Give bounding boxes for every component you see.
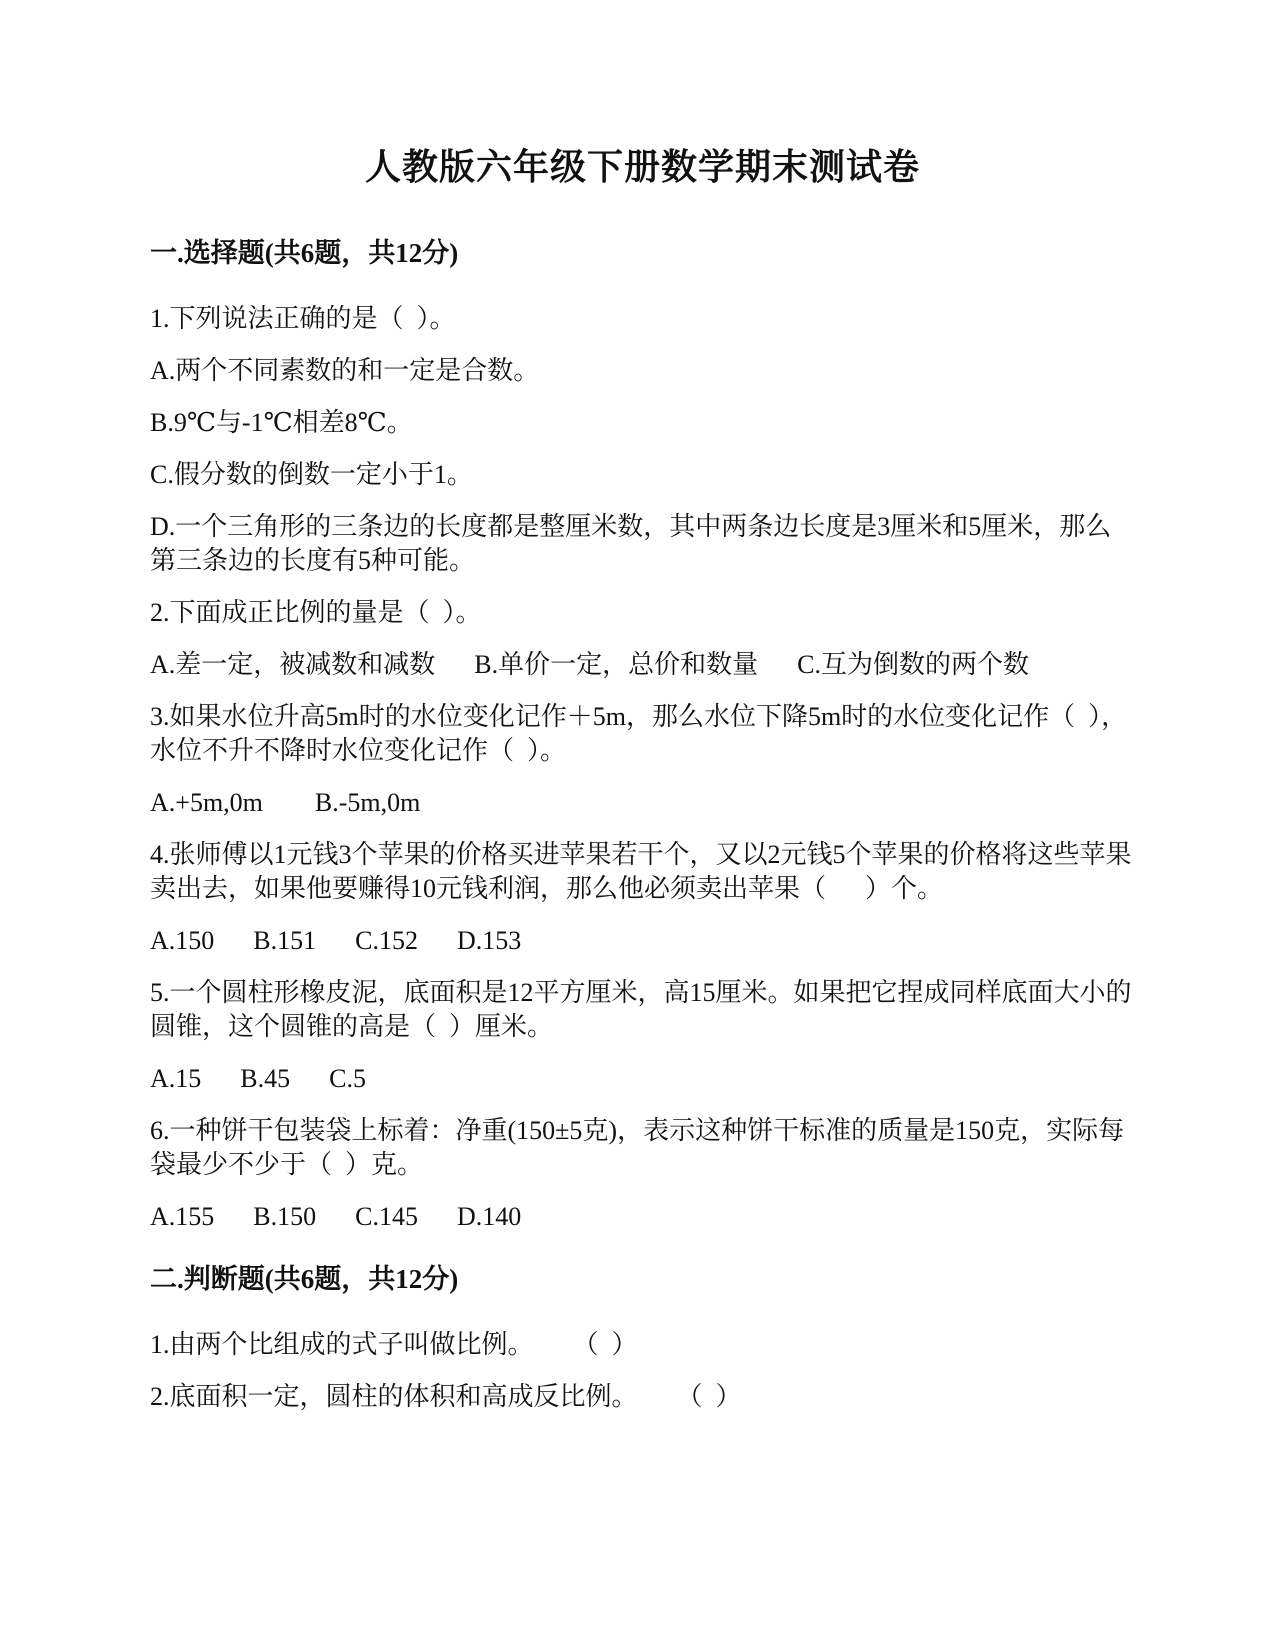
j2-statement: 2.底面积一定，圆柱的体积和高成反比例。 （ ）	[150, 1380, 1135, 1414]
q1-option-c: C.假分数的倒数一定小于1。	[150, 458, 1135, 492]
q3-options-row: A.+5m,0m B.-5m,0m	[150, 786, 1135, 820]
section-multiple-choice: 一.选择题(共6题，共12分) 1.下列说法正确的是（ ）。 A.两个不同素数的…	[150, 236, 1135, 1234]
q5-options-row: A.15 B.45 C.5	[150, 1062, 1135, 1096]
q2-stem: 2.下面成正比例的量是（ ）。	[150, 596, 1135, 630]
page-title: 人教版六年级下册数学期末测试卷	[150, 143, 1135, 191]
q1-stem: 1.下列说法正确的是（ ）。	[150, 302, 1135, 336]
q2-options-row: A.差一定，被减数和减数 B.单价一定，总价和数量 C.互为倒数的两个数	[150, 648, 1135, 682]
section-heading-multiple-choice: 一.选择题(共6题，共12分)	[150, 236, 1135, 270]
q1-option-a: A.两个不同素数的和一定是合数。	[150, 354, 1135, 388]
document-page: 人教版六年级下册数学期末测试卷 一.选择题(共6题，共12分) 1.下列说法正确…	[0, 0, 1275, 1650]
q5-stem: 5.一个圆柱形橡皮泥，底面积是12平方厘米，高15厘米。如果把它捏成同样底面大小…	[150, 976, 1135, 1044]
q1-option-b: B.9℃与-1℃相差8℃。	[150, 406, 1135, 440]
section-heading-judgment: 二.判断题(共6题，共12分)	[150, 1262, 1135, 1296]
q6-stem: 6.一种饼干包装袋上标着：净重(150±5克)，表示这种饼干标准的质量是150克…	[150, 1114, 1135, 1182]
q1-option-d: D.一个三角形的三条边的长度都是整厘米数，其中两条边长度是3厘米和5厘米，那么第…	[150, 510, 1135, 578]
section-judgment: 二.判断题(共6题，共12分) 1.由两个比组成的式子叫做比例。 （ ） 2.底…	[150, 1262, 1135, 1414]
q4-options-row: A.150 B.151 C.152 D.153	[150, 924, 1135, 958]
q6-options-row: A.155 B.150 C.145 D.140	[150, 1200, 1135, 1234]
q3-stem: 3.如果水位升高5m时的水位变化记作＋5m，那么水位下降5m时的水位变化记作（ …	[150, 700, 1135, 768]
j1-statement: 1.由两个比组成的式子叫做比例。 （ ）	[150, 1328, 1135, 1362]
q4-stem: 4.张师傅以1元钱3个苹果的价格买进苹果若干个，又以2元钱5个苹果的价格将这些苹…	[150, 838, 1135, 906]
